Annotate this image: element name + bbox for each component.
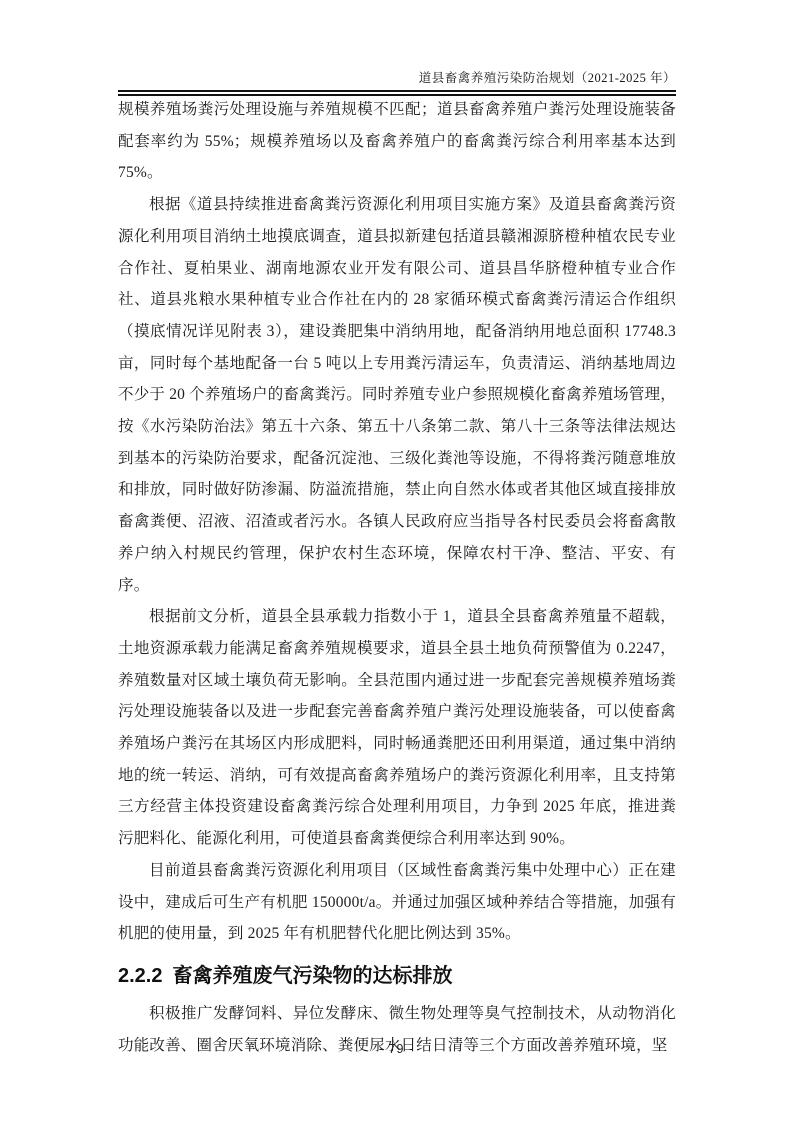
header-title: 道县畜禽养殖污染防治规划（2021-2025 年） [118,70,676,86]
page-number: - 79 - [0,1042,793,1056]
paragraph: 根据《道县持续推进畜禽粪污资源化利用项目实施方案》及道县畜禽粪污资源化利用项目消… [118,189,676,601]
section-number: 2.2.2 [118,965,162,987]
paragraph: 目前道县畜禽粪污资源化利用项目（区域性畜禽粪污集中处理中心）正在建设中，建成后可… [118,855,676,950]
document-page: 道县畜禽养殖污染防治规划（2021-2025 年） 规模养殖场粪污处理设施与养殖… [0,0,793,1122]
section-title: 畜禽养殖废气污染物的达标排放 [172,965,452,987]
paragraph-continuation: 规模养殖场粪污处理设施与养殖规模不匹配；道县畜禽养殖户粪污处理设施装备配套率约为… [118,94,676,189]
section-heading: 2.2.2畜禽养殖废气污染物的达标排放 [118,960,676,992]
paragraph: 根据前文分析，道县全县承载力指数小于 1，道县全县畜禽养殖量不超载，土地资源承载… [118,601,676,855]
page-header: 道县畜禽养殖污染防治规划（2021-2025 年） [118,70,676,96]
document-body: 规模养殖场粪污处理设施与养殖规模不匹配；道县畜禽养殖户粪污处理设施装备配套率约为… [118,94,676,1061]
